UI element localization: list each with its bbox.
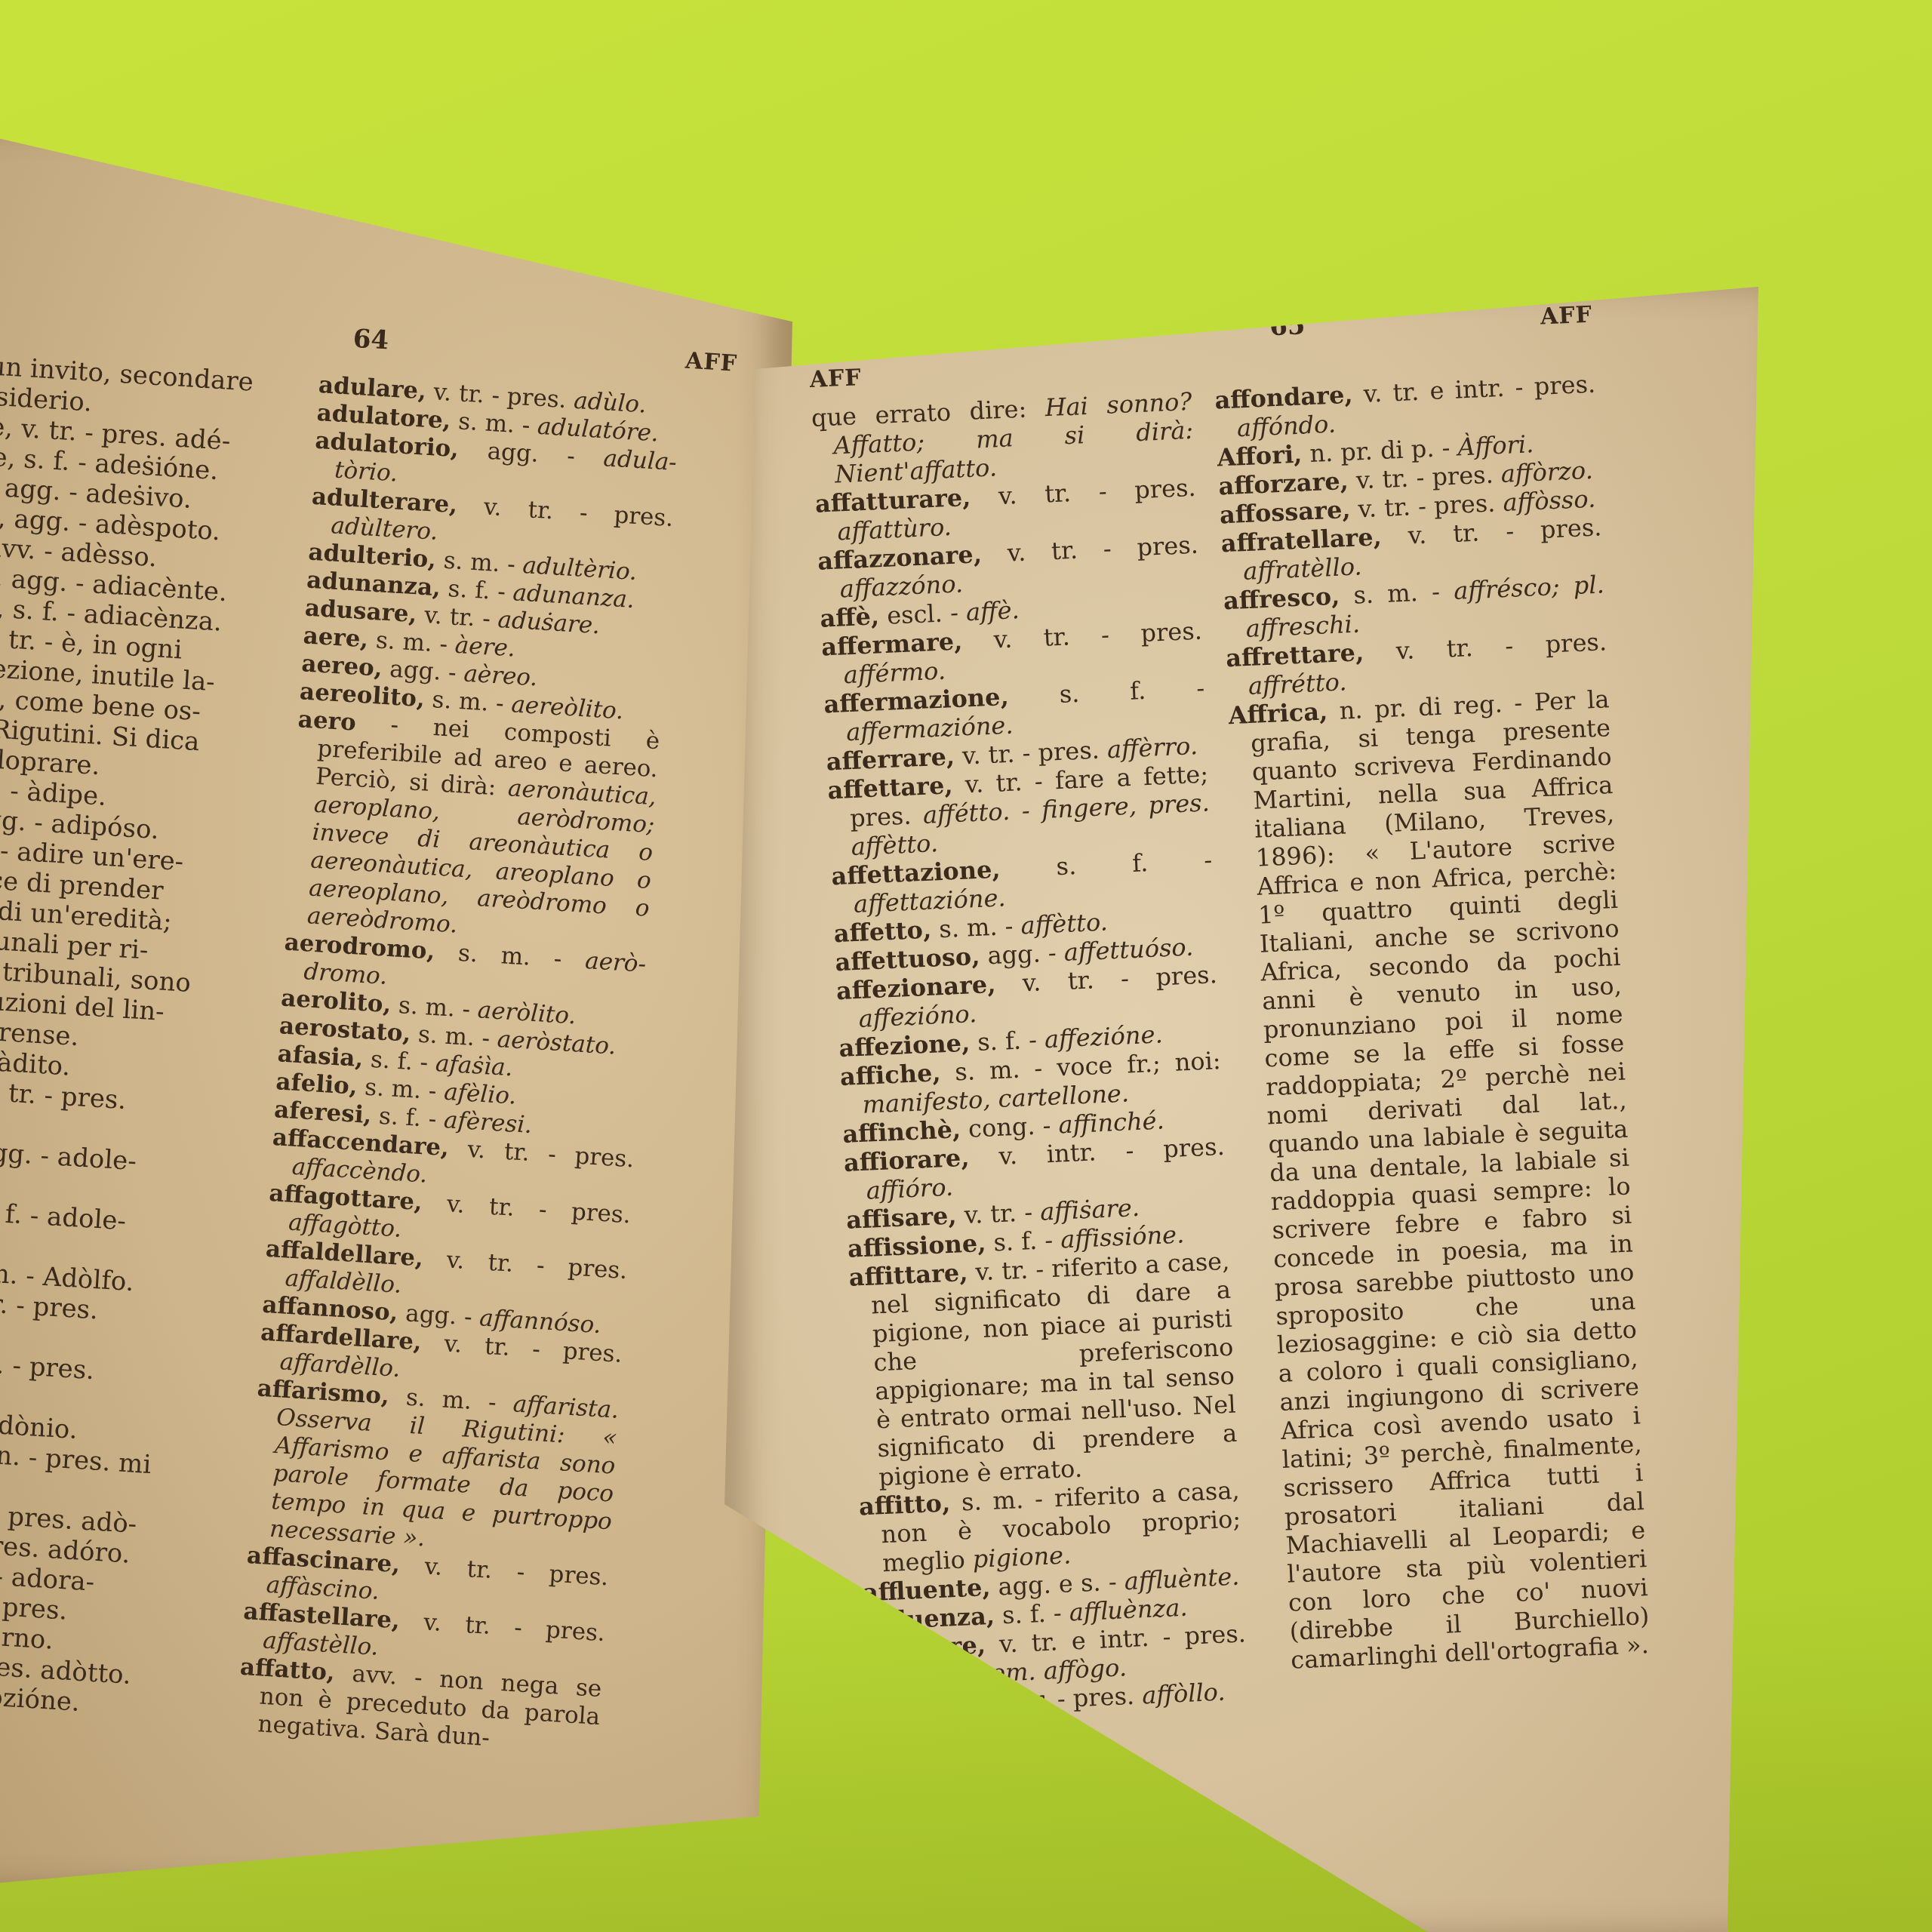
left-page: 64 AFF e un invito, secondare desiderio.… (0, 128, 792, 1887)
dictionary-entry: affittare, v. tr. - riferito a case, nel… (848, 1247, 1239, 1493)
guide-word-right: AFF (1540, 302, 1592, 331)
entry-column: adulare, v. tr. - pres. adùlo. adulatore… (235, 371, 681, 1759)
dictionary-entry: affettare, v. tr. - fare a fette; pres. … (827, 759, 1211, 862)
dictionary-entry: affitto, s. m. - riferito a casa, non è … (858, 1476, 1242, 1579)
page-number: 65 (1269, 310, 1306, 342)
entry-column-1: que errato dire: Hai sonno? Affatto; ma … (811, 387, 1251, 1765)
entry-column-2: affondare, v. tr. e intr. - pres. affónd… (1214, 370, 1654, 1748)
right-page-content: 65 AFF AFF que errato dire: Hai sonno? A… (808, 298, 1654, 1766)
dictionary-entry: Affrica, n. pr. di reg. - Per la grafia,… (1228, 685, 1651, 1675)
dictionary-entry: affarismo, s. m. - affarista. Osserva il… (248, 1375, 620, 1564)
dictionary-entry: aero - nei composti è preferibile ad are… (285, 706, 660, 951)
page-number: 64 (352, 324, 390, 356)
dictionary-entry: que errato dire: Hai sonno? Affatto; ma … (811, 387, 1195, 490)
guide-word: AFF (685, 348, 738, 377)
left-page-content: 64 AFF e un invito, secondare desiderio.… (0, 302, 753, 1764)
